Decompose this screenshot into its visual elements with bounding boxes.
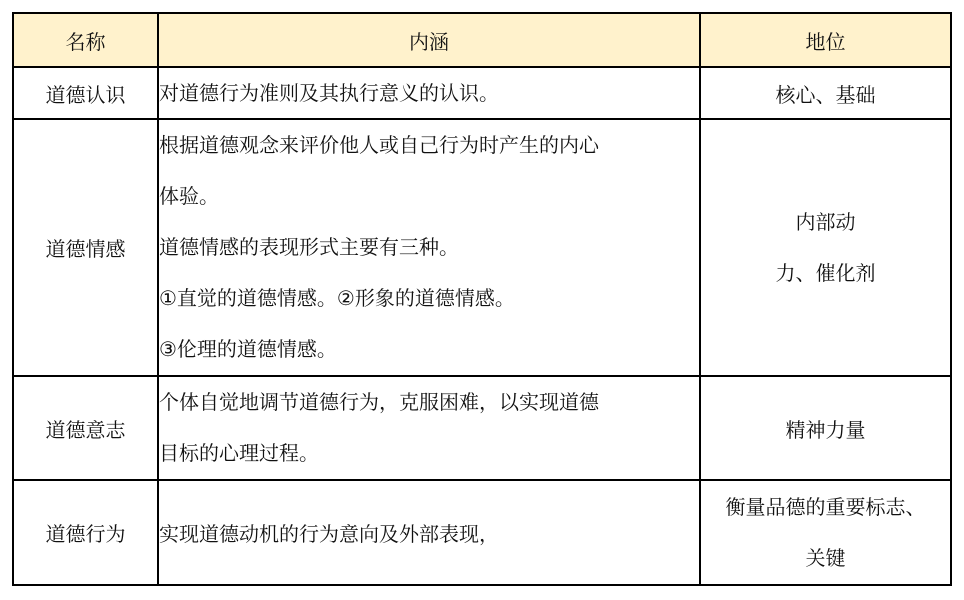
row-name: 道德意志 bbox=[13, 376, 158, 480]
row-status: 内部动 力、催化剂 bbox=[700, 119, 951, 376]
row-meaning: 对道德行为准则及其执行意义的认识。 bbox=[158, 67, 700, 119]
status-line: 内部动 bbox=[701, 197, 950, 248]
meaning-line: 目标的心理过程。 bbox=[159, 428, 699, 479]
header-status: 地位 bbox=[700, 13, 951, 67]
row-meaning: 实现道德动机的行为意向及外部表现， bbox=[158, 480, 700, 585]
header-name: 名称 bbox=[13, 13, 158, 67]
row-status: 精神力量 bbox=[700, 376, 951, 480]
meaning-line: 体验。 bbox=[159, 171, 699, 222]
status-line: 力、催化剂 bbox=[701, 248, 950, 299]
row-meaning: 个体自觉地调节道德行为，克服困难，以实现道德 目标的心理过程。 bbox=[158, 376, 700, 480]
meaning-line: 根据道德观念来评价他人或自己行为时产生的内心 bbox=[159, 120, 699, 171]
row-meaning: 根据道德观念来评价他人或自己行为时产生的内心 体验。 道德情感的表现形式主要有三… bbox=[158, 119, 700, 376]
meaning-line: ③伦理的道德情感。 bbox=[159, 324, 699, 375]
row-status: 衡量品德的重要标志、 关键 bbox=[700, 480, 951, 585]
meaning-line: 实现道德动机的行为意向及外部表现， bbox=[159, 518, 699, 547]
row-name: 道德情感 bbox=[13, 119, 158, 376]
moral-components-table: 名称 内涵 地位 道德认识 对道德行为准则及其执行意义的认识。 核心、基础 道德… bbox=[12, 12, 952, 586]
meaning-line: 道德情感的表现形式主要有三种。 bbox=[159, 222, 699, 273]
table-row: 道德意志 个体自觉地调节道德行为，克服困难，以实现道德 目标的心理过程。 精神力… bbox=[13, 376, 951, 480]
row-name: 道德认识 bbox=[13, 67, 158, 119]
status-line: 关键 bbox=[701, 533, 950, 584]
header-meaning: 内涵 bbox=[158, 13, 700, 67]
meaning-line: ①直觉的道德情感。②形象的道德情感。 bbox=[159, 273, 699, 324]
row-name: 道德行为 bbox=[13, 480, 158, 585]
meaning-line: 个体自觉地调节道德行为，克服困难，以实现道德 bbox=[159, 377, 699, 428]
header-row: 名称 内涵 地位 bbox=[13, 13, 951, 67]
status-line: 衡量品德的重要标志、 bbox=[701, 482, 950, 533]
table-row: 道德情感 根据道德观念来评价他人或自己行为时产生的内心 体验。 道德情感的表现形… bbox=[13, 119, 951, 376]
meaning-line: 对道德行为准则及其执行意义的认识。 bbox=[159, 68, 699, 118]
row-status: 核心、基础 bbox=[700, 67, 951, 119]
table-row: 道德认识 对道德行为准则及其执行意义的认识。 核心、基础 bbox=[13, 67, 951, 119]
status-line: 核心、基础 bbox=[701, 79, 950, 108]
status-line: 精神力量 bbox=[701, 414, 950, 443]
table-row: 道德行为 实现道德动机的行为意向及外部表现， 衡量品德的重要标志、 关键 bbox=[13, 480, 951, 585]
